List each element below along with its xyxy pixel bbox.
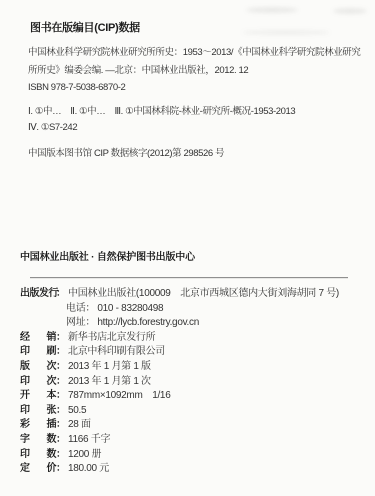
row-value: 28 面 [68,419,91,430]
colophon-row-impression: 印次：2013 年 1 月第 1 次 [20,375,357,390]
row-colon: ： [85,303,95,314]
isbn-number: ISBN 978-7-5038-6870-2 [28,79,367,97]
colophon-row-sheets: 印张：50.5 [20,404,357,419]
colophon-row-phone: 电话：010 - 83280498 [20,302,357,317]
colophon-row-price: 定价：180.00 元 [20,462,357,477]
row-colon: ： [85,317,95,328]
row-label: 字数 [20,433,56,448]
colophon-row-publisher: 出版发行：中国林业出版社(100009 北京市西城区德内大街刘海胡同 7 号) [20,287,357,302]
row-label: 电话 [66,302,85,317]
row-value: 1166 千字 [68,434,110,445]
publisher-department: 中国林业出版社 · 自然保护图书出版中心 [20,252,357,264]
row-label: 印刷 [20,345,56,360]
row-colon: ： [56,405,66,416]
colophon-block: 中国林业出版社 · 自然保护图书出版中心 出版发行：中国林业出版社(100009… [20,252,357,477]
colophon-row-distributor: 经销：新华书店北京发行所 [20,331,357,346]
row-value: 50.5 [68,405,86,416]
row-colon: ： [56,288,66,299]
colophon-row-website: 网址：http://lycb.forestry.gov.cn [20,316,357,331]
row-value: 787mm×1092mm 1/16 [68,390,170,401]
row-colon: ： [56,434,66,445]
row-label: 定价 [20,462,56,477]
cip-description-line2: 所所史》编委会编. —北京：中国林业出版社，2012. 12 [28,62,367,80]
row-label: 彩插 [20,418,56,433]
row-label: 开本 [20,389,56,404]
divider-rule [30,277,348,278]
cip-registry-number: 中国版本图书馆 CIP 数据核字(2012)第 298526 号 [28,145,367,163]
row-label: 网址 [66,316,85,331]
book-copyright-page: { "page": { "bg_color": "#fbfbf9", "ink_… [0,0,375,496]
colophon-row-edition: 版次：2013 年 1 月第 1 版 [20,360,357,375]
colophon-row-printer: 印刷：北京中科印刷有限公司 [20,345,357,360]
cip-data-block: 图书在版编目(CIP)数据 中国林业科学研究院林业研究所所史：1953～2013… [28,22,367,162]
row-colon: ： [56,390,66,401]
scan-artifact [333,8,367,14]
row-label: 印张 [20,404,56,419]
row-colon: ： [56,463,66,474]
colophon-row-color-plates: 彩插：28 面 [20,418,357,433]
cip-description: 中国林业科学研究院林业研究所所史：1953～2013/《中国林业科学研究院林业研… [28,44,367,97]
row-value: 北京中科印刷有限公司 [68,346,165,357]
colophon-row-print-run: 印数：1200 册 [20,448,357,463]
row-value: 1200 册 [68,449,101,460]
colophon-row-word-count: 字数：1166 千字 [20,433,357,448]
row-value: 2013 年 1 月第 1 次 [68,376,151,387]
row-colon: ： [56,346,66,357]
row-colon: ： [56,332,66,343]
row-label: 印数 [20,448,56,463]
row-colon: ： [56,376,66,387]
row-value: 2013 年 1 月第 1 版 [68,361,151,372]
row-colon: ： [56,419,66,430]
cip-header: 图书在版编目(CIP)数据 [30,22,367,35]
row-colon: ： [56,361,66,372]
scan-artifact [246,7,298,13]
row-label: 版次 [20,360,56,375]
colophon-row-format: 开本：787mm×1092mm 1/16 [20,389,357,404]
row-value: 新华书店北京发行所 [68,332,155,343]
row-label: 出版发行 [20,287,56,302]
row-value: 010 - 83280498 [97,303,163,314]
row-value: 180.00 元 [68,463,109,474]
row-label: 印次 [20,375,56,390]
cip-classification-line1: Ⅰ. ①中… Ⅱ. ①中… Ⅲ. ①中国林科院-林业-研究所-概况-1953-2… [28,104,367,120]
cip-classification: Ⅰ. ①中… Ⅱ. ①中… Ⅲ. ①中国林科院-林业-研究所-概况-1953-2… [28,104,367,136]
cip-registry: 中国版本图书馆 CIP 数据核字(2012)第 298526 号 [28,145,367,163]
cip-description-line1: 中国林业科学研究院林业研究所所史：1953～2013/《中国林业科学研究院林业研… [28,44,367,62]
row-colon: ： [56,449,66,460]
row-value: http://lycb.forestry.gov.cn [97,317,199,328]
cip-classification-line2: Ⅳ. ①S7-242 [28,120,367,136]
row-label: 经销 [20,331,56,346]
colophon-rows: 出版发行：中国林业出版社(100009 北京市西城区德内大街刘海胡同 7 号) … [20,287,357,477]
row-value: 中国林业出版社(100009 北京市西城区德内大街刘海胡同 7 号) [68,288,339,299]
